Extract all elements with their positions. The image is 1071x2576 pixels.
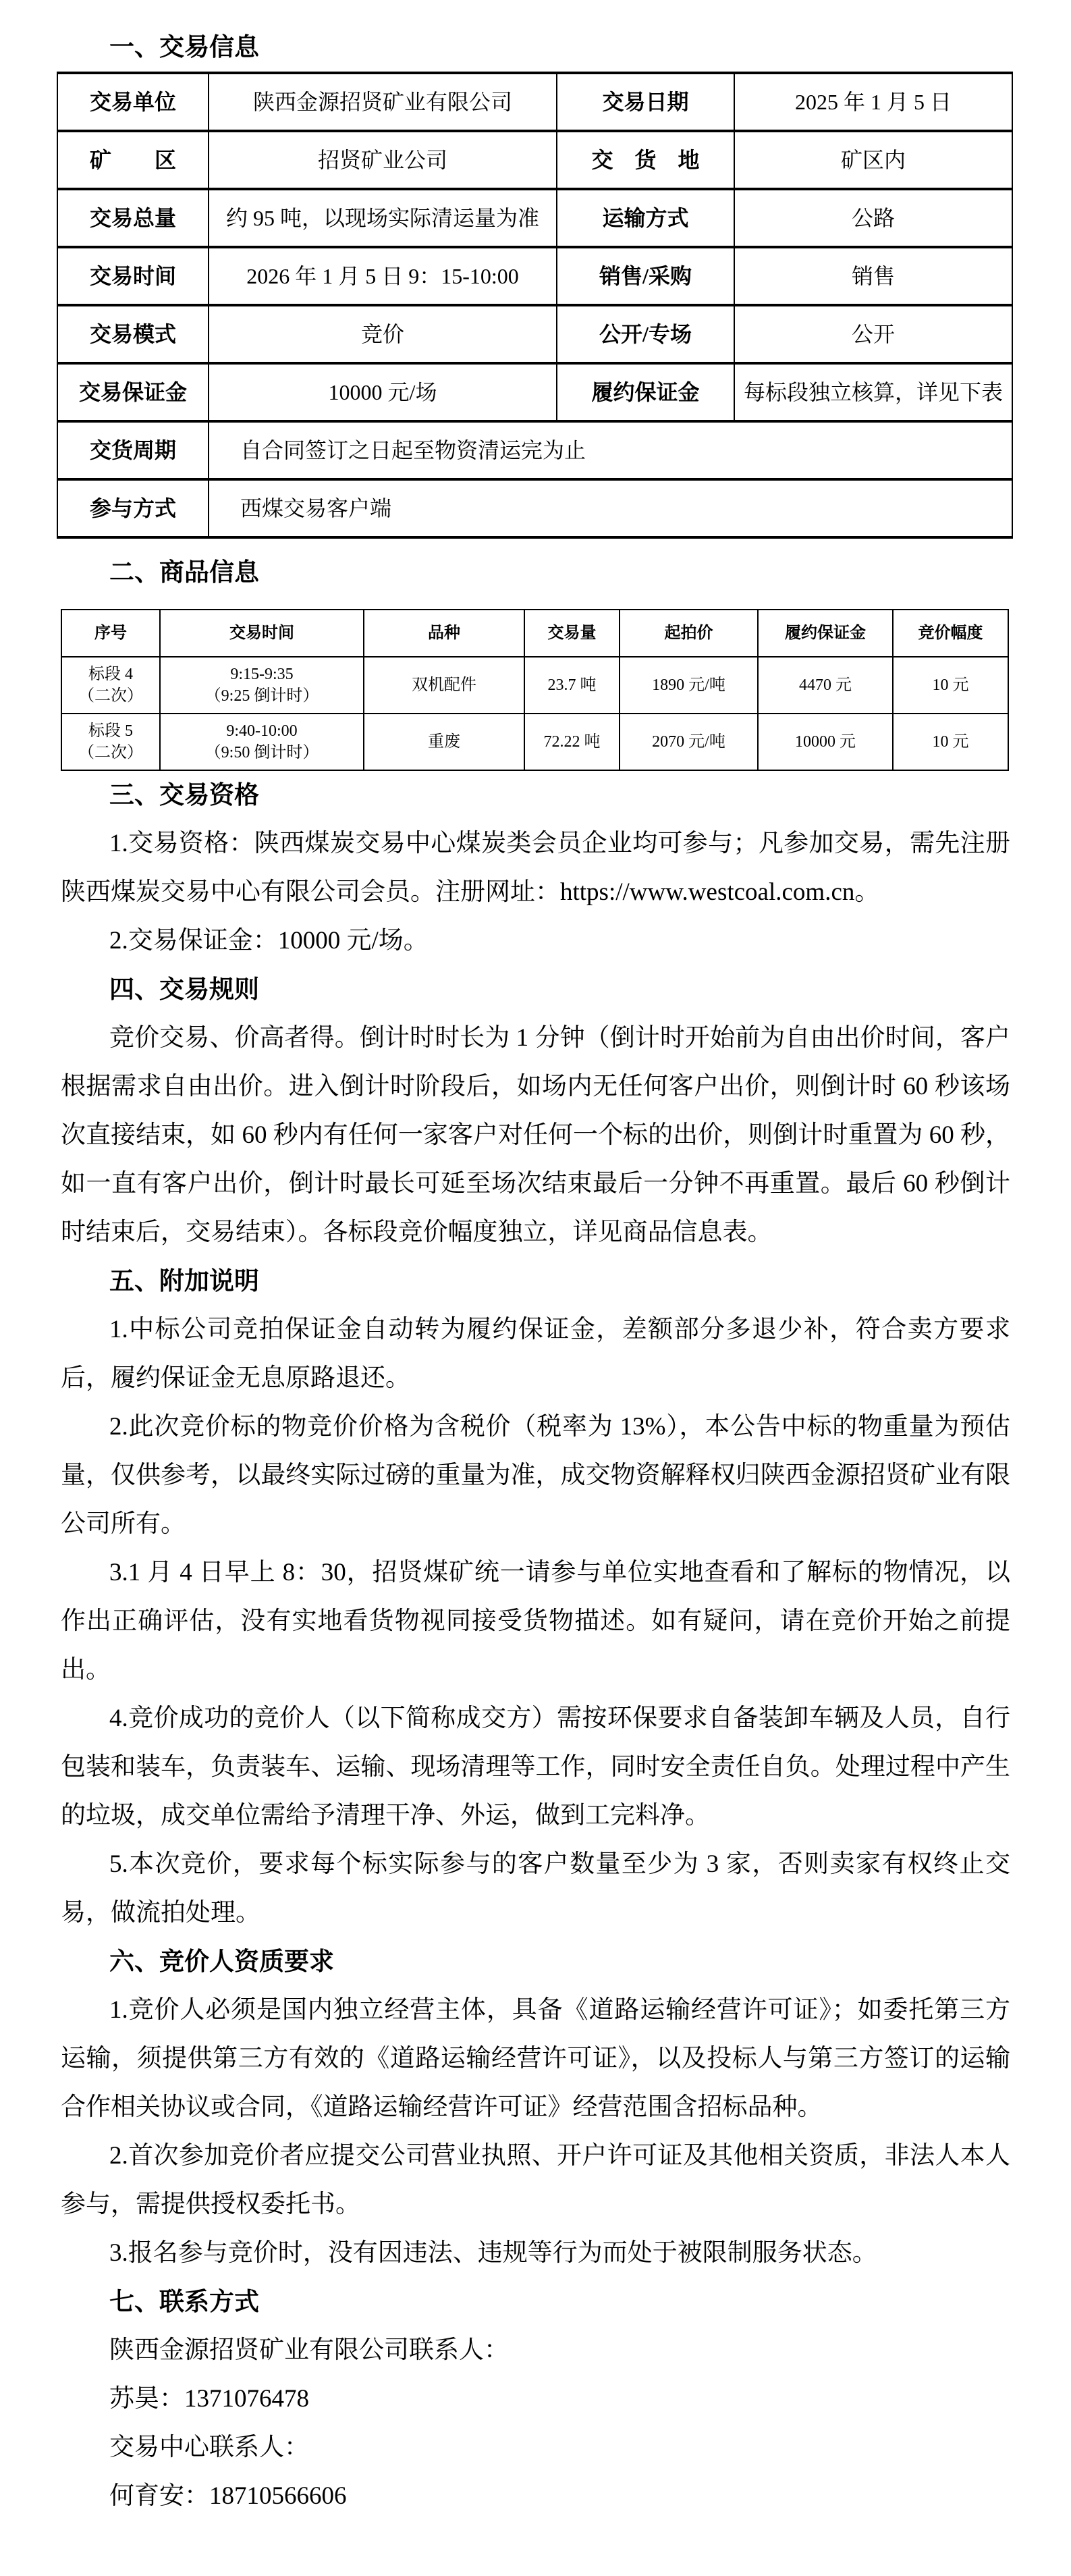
info-value: 销售 <box>734 247 1012 305</box>
cell-quantity: 72.22 吨 <box>524 714 620 770</box>
table-row: 参与方式 西煤交易客户端 <box>57 479 1012 537</box>
paragraph: 1.中标公司竞拍保证金自动转为履约保证金，差额部分多退少补，符合卖方要求后，履约… <box>61 1306 1010 1403</box>
paragraph: 3.报名参与竞价时，没有因违法、违规等行为而处于被限制服务状态。 <box>61 2229 1010 2278</box>
cell-variety: 重废 <box>364 714 524 770</box>
paragraph: 1.竞价人必须是国内独立经营主体，具备《道路运输经营许可证》；如委托第三方运输，… <box>61 1986 1010 2132</box>
paragraph: 3.1 月 4 日早上 8：30，招贤煤矿统一请参与单位实地查看和了解标的物情况… <box>61 1549 1010 1694</box>
info-label: 交易保证金 <box>57 363 209 421</box>
info-value: 10000 元/场 <box>209 363 557 421</box>
contact-line: 陕西金源招贤矿业有限公司联系人： <box>61 2326 1010 2375</box>
section-heading-qualification: 三、交易资格 <box>61 771 1010 820</box>
table-row: 交易模式 竞价 公开/专场 公开 <box>57 305 1012 363</box>
info-value: 2026 年 1 月 5 日 9：15-10:00 <box>209 247 557 305</box>
cell-performance-bond: 10000 元 <box>758 714 893 770</box>
column-header: 竞价幅度 <box>893 610 1008 657</box>
column-header: 起拍价 <box>620 610 758 657</box>
cell-start-price: 1890 元/吨 <box>620 657 758 714</box>
column-header: 交易量 <box>524 610 620 657</box>
section-heading-commodity-info: 二、商品信息 <box>61 548 1010 597</box>
info-value: 矿区内 <box>734 131 1012 189</box>
cell-bid-increment: 10 元 <box>893 657 1008 714</box>
info-value: 陕西金源招贤矿业有限公司 <box>209 73 557 131</box>
cell-performance-bond: 4470 元 <box>758 657 893 714</box>
info-label: 交易总量 <box>57 189 209 247</box>
section-heading-transaction-info: 一、交易信息 <box>61 23 1010 72</box>
paragraph: 5.本次竞价，要求每个标实际参与的客户数量至少为 3 家，否则卖家有权终止交易，… <box>61 1840 1010 1937</box>
table-header-row: 序号 交易时间 品种 交易量 起拍价 履约保证金 竞价幅度 <box>61 610 1008 657</box>
section-heading-trade-rules: 四、交易规则 <box>61 965 1010 1014</box>
column-header: 交易时间 <box>160 610 364 657</box>
transaction-info-table: 交易单位 陕西金源招贤矿业有限公司 交易日期 2025 年 1 月 5 日 矿 … <box>57 72 1013 539</box>
cell-variety: 双机配件 <box>364 657 524 714</box>
cell-start-price: 2070 元/吨 <box>620 714 758 770</box>
cell-quantity: 23.7 吨 <box>524 657 620 714</box>
info-label: 销售/采购 <box>557 247 734 305</box>
commodity-info-table: 序号 交易时间 品种 交易量 起拍价 履约保证金 竞价幅度 标段 4 （二次） … <box>61 609 1009 771</box>
section-heading-contact: 七、联系方式 <box>61 2278 1010 2326</box>
table-row: 标段 5 （二次） 9:40-10:00 （9:50 倒计时） 重废 72.22… <box>61 714 1008 770</box>
info-label: 交易时间 <box>57 247 209 305</box>
info-label: 交易模式 <box>57 305 209 363</box>
section-heading-additional-notes: 五、附加说明 <box>61 1257 1010 1306</box>
section-heading-bidder-requirements: 六、竞价人资质要求 <box>61 1937 1010 1986</box>
info-label: 履约保证金 <box>557 363 734 421</box>
paragraph: 4.竞价成功的竞价人（以下简称成交方）需按环保要求自备装卸车辆及人员，自行包装和… <box>61 1694 1010 1840</box>
column-header: 履约保证金 <box>758 610 893 657</box>
info-value: 竞价 <box>209 305 557 363</box>
info-value: 约 95 吨，以现场实际清运量为准 <box>209 189 557 247</box>
table-row: 标段 4 （二次） 9:15-9:35 （9:25 倒计时） 双机配件 23.7… <box>61 657 1008 714</box>
cell-trade-time: 9:15-9:35 （9:25 倒计时） <box>160 657 364 714</box>
info-label: 矿 区 <box>57 131 209 189</box>
table-row: 交易保证金 10000 元/场 履约保证金 每标段独立核算，详见下表 <box>57 363 1012 421</box>
info-label: 交易单位 <box>57 73 209 131</box>
info-label: 交 货 地 <box>557 131 734 189</box>
info-label: 公开/专场 <box>557 305 734 363</box>
info-label: 参与方式 <box>57 479 209 537</box>
info-value: 西煤交易客户端 <box>209 479 1012 537</box>
table-row: 交易总量 约 95 吨，以现场实际清运量为准 运输方式 公路 <box>57 189 1012 247</box>
paragraph: 2.此次竞价标的物竞价价格为含税价（税率为 13%），本公告中标的物重量为预估量… <box>61 1403 1010 1549</box>
info-value: 公开 <box>734 305 1012 363</box>
paragraph: 2.交易保证金：10000 元/场。 <box>61 917 1010 965</box>
announcement-document: 一、交易信息 交易单位 陕西金源招贤矿业有限公司 交易日期 2025 年 1 月… <box>0 0 1071 2576</box>
info-value: 2025 年 1 月 5 日 <box>734 73 1012 131</box>
info-value: 自合同签订之日起至物资清运完为止 <box>209 421 1012 479</box>
info-value: 公路 <box>734 189 1012 247</box>
paragraph: 2.首次参加竞价者应提交公司营业执照、开户许可证及其他相关资质，非法人本人参与，… <box>61 2132 1010 2229</box>
cell-bid-increment: 10 元 <box>893 714 1008 770</box>
contact-line-phone: 苏昊：1371076478 <box>61 2375 1010 2423</box>
table-row: 矿 区 招贤矿业公司 交 货 地 矿区内 <box>57 131 1012 189</box>
cell-lot-number: 标段 4 （二次） <box>61 657 160 714</box>
table-row: 交易时间 2026 年 1 月 5 日 9：15-10:00 销售/采购 销售 <box>57 247 1012 305</box>
contact-line: 交易中心联系人： <box>61 2423 1010 2472</box>
column-header: 品种 <box>364 610 524 657</box>
table-row: 交易单位 陕西金源招贤矿业有限公司 交易日期 2025 年 1 月 5 日 <box>57 73 1012 131</box>
info-value: 招贤矿业公司 <box>209 131 557 189</box>
cell-lot-number: 标段 5 （二次） <box>61 714 160 770</box>
contact-line-phone: 何育安：18710566606 <box>61 2472 1010 2521</box>
info-label: 运输方式 <box>557 189 734 247</box>
paragraph: 竞价交易、价高者得。倒计时时长为 1 分钟（倒计时开始前为自由出价时间，客户根据… <box>61 1014 1010 1257</box>
table-row: 交货周期 自合同签订之日起至物资清运完为止 <box>57 421 1012 479</box>
info-label: 交货周期 <box>57 421 209 479</box>
column-header: 序号 <box>61 610 160 657</box>
info-label: 交易日期 <box>557 73 734 131</box>
info-value: 每标段独立核算，详见下表 <box>734 363 1012 421</box>
cell-trade-time: 9:40-10:00 （9:50 倒计时） <box>160 714 364 770</box>
paragraph: 1.交易资格：陕西煤炭交易中心煤炭类会员企业均可参与；凡参加交易，需先注册陕西煤… <box>61 820 1010 917</box>
